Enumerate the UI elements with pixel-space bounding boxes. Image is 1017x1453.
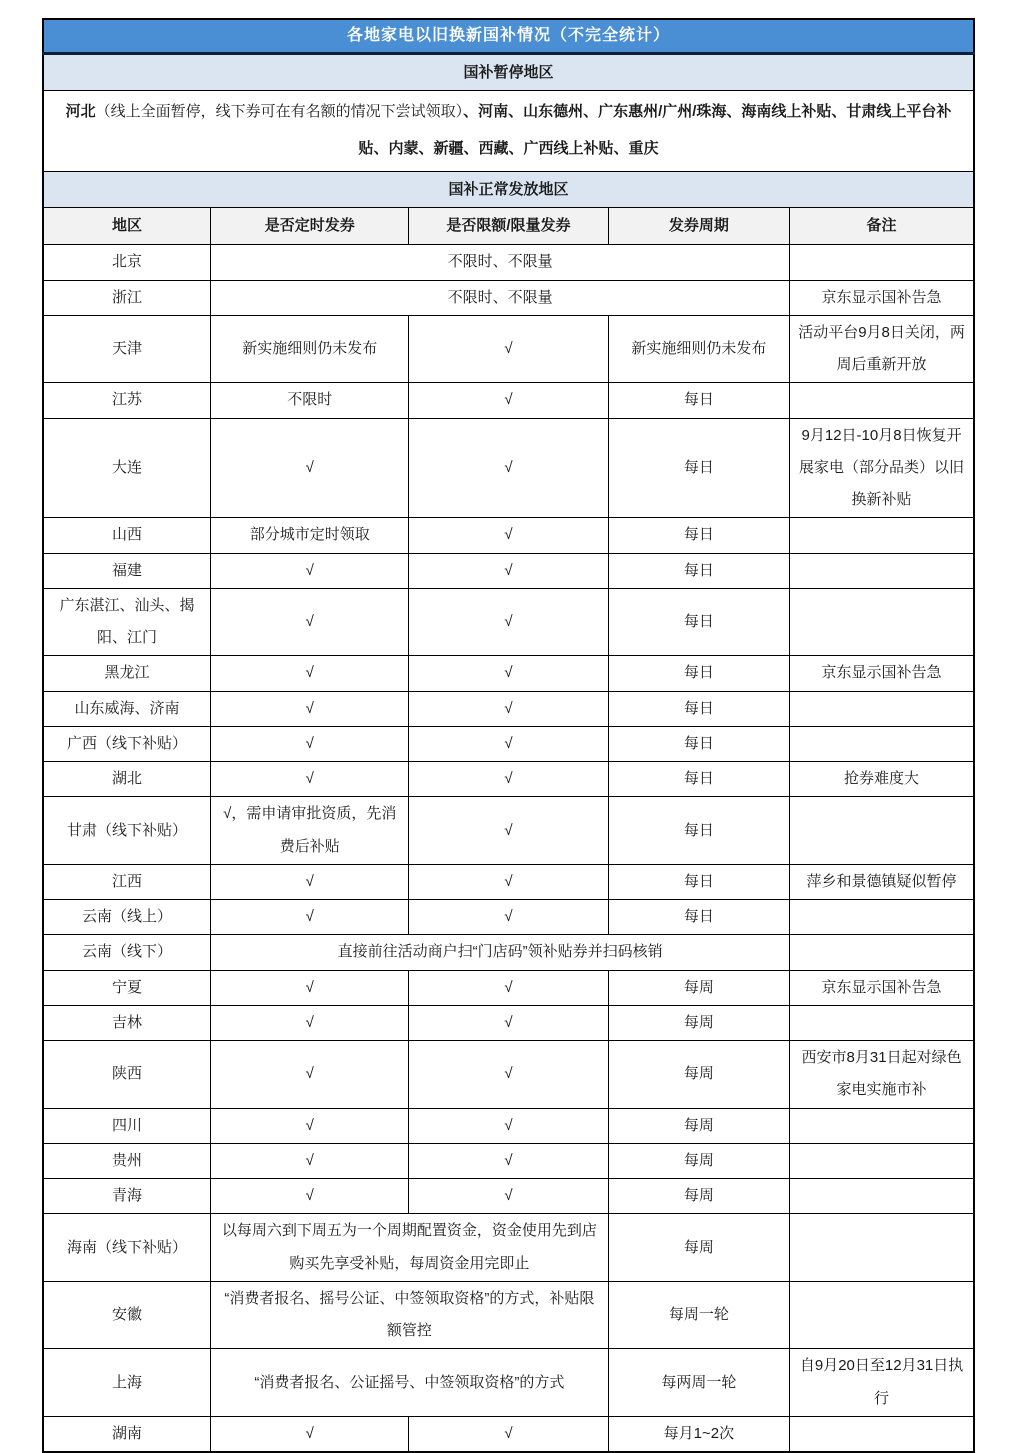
value-cell: √ (211, 900, 409, 935)
table-row: 北京不限时、不限量 (43, 245, 974, 280)
note-cell: 西安市8月31日起对绿色家电实施市补 (790, 1041, 974, 1109)
table-row: 江西√√每日萍乡和景德镇疑似暂停 (43, 864, 974, 899)
value-cell: 每日 (608, 518, 790, 553)
table-row: 浙江不限时、不限量京东显示国补告急 (43, 280, 974, 315)
table-row: 黑龙江√√每日京东显示国补告急 (43, 656, 974, 691)
value-cell: √ (409, 726, 608, 761)
value-cell: √ (409, 970, 608, 1005)
value-cell: √ (409, 418, 608, 518)
note-cell (790, 588, 974, 656)
value-cell: 每日 (608, 797, 790, 865)
note-cell: 萍乡和景德镇疑似暂停 (790, 864, 974, 899)
region-cell: 宁夏 (43, 970, 211, 1005)
table-row: 甘肃（线下补贴）√，需申请审批资质，先消费后补贴√每日 (43, 797, 974, 865)
region-cell: 浙江 (43, 280, 211, 315)
table-row: 广西（线下补贴）√√每日 (43, 726, 974, 761)
note-cell (790, 518, 974, 553)
value-cell: 每周 (608, 1143, 790, 1178)
region-cell: 甘肃（线下补贴） (43, 797, 211, 865)
note-cell (790, 1416, 974, 1452)
region-cell: 云南（线上） (43, 900, 211, 935)
region-cell: 广西（线下补贴） (43, 726, 211, 761)
value-cell: 部分城市定时领取 (211, 518, 409, 553)
suspended-lead: 河北 (66, 103, 96, 120)
value-cell: 每周 (608, 1179, 790, 1214)
column-header-cycle: 发券周期 (608, 207, 790, 245)
table-row: 广东湛江、汕头、揭阳、江门√√每日 (43, 588, 974, 656)
note-cell: 京东显示国补告急 (790, 280, 974, 315)
note-cell: 京东显示国补告急 (790, 970, 974, 1005)
region-cell: 广东湛江、汕头、揭阳、江门 (43, 588, 211, 656)
region-cell: 四川 (43, 1108, 211, 1143)
value-cell: √ (409, 900, 608, 935)
table-row: 大连√√每日9月12日-10月8日恢复开展家电（部分品类）以旧换新补贴 (43, 418, 974, 518)
value-cell: √ (211, 656, 409, 691)
value-cell: 新实施细则仍未发布 (608, 315, 790, 383)
region-cell: 海南（线下补贴） (43, 1214, 211, 1282)
value-cell: 每周 (608, 1005, 790, 1040)
value-cell: √ (211, 762, 409, 797)
note-cell (790, 1179, 974, 1214)
value-cell: 每日 (608, 726, 790, 761)
value-cell: 每日 (608, 691, 790, 726)
note-cell (790, 1108, 974, 1143)
value-cell: √ (211, 970, 409, 1005)
value-cell: √ (409, 553, 608, 588)
table-row: 云南（线上）√√每日 (43, 900, 974, 935)
value-cell: √ (409, 1041, 608, 1109)
table-row: 山西部分城市定时领取√每日 (43, 518, 974, 553)
note-cell (790, 245, 974, 280)
table-row: 天津新实施细则仍未发布√新实施细则仍未发布活动平台9月8日关闭，两周后重新开放 (43, 315, 974, 383)
note-cell: 自9月20日至12月31日执行 (790, 1349, 974, 1417)
region-cell: 大连 (43, 418, 211, 518)
table-row: 安徽“消费者报名、摇号公证、中签领取资格”的方式，补贴限额管控每周一轮 (43, 1281, 974, 1349)
table-title: 各地家电以旧换新国补情况（不完全统计） (43, 19, 974, 54)
note-cell (790, 1143, 974, 1178)
region-cell: 黑龙江 (43, 656, 211, 691)
value-cell: 不限时、不限量 (211, 280, 790, 315)
table-row: 吉林√√每周 (43, 1005, 974, 1040)
table-row: 宁夏√√每周京东显示国补告急 (43, 970, 974, 1005)
value-cell: √ (409, 588, 608, 656)
value-cell: 每两周一轮 (608, 1349, 790, 1417)
value-cell: √ (409, 691, 608, 726)
value-cell: 不限时、不限量 (211, 245, 790, 280)
section-normal-row: 国补正常发放地区 (43, 171, 974, 207)
value-cell: √ (211, 691, 409, 726)
note-cell (790, 935, 974, 970)
region-cell: 云南（线下） (43, 935, 211, 970)
value-cell: √ (211, 553, 409, 588)
value-cell: 不限时 (211, 383, 409, 418)
note-cell (790, 1005, 974, 1040)
section-normal-header: 国补正常发放地区 (43, 171, 974, 207)
value-cell: √ (409, 864, 608, 899)
column-header-region: 地区 (43, 207, 211, 245)
region-cell: 青海 (43, 1179, 211, 1214)
value-cell: √ (409, 383, 608, 418)
value-cell: 新实施细则仍未发布 (211, 315, 409, 383)
value-cell: 每周 (608, 1108, 790, 1143)
region-cell: 湖北 (43, 762, 211, 797)
value-cell: 直接前往活动商户扫“门店码”领补贴券并扫码核销 (211, 935, 790, 970)
note-cell: 抢券难度大 (790, 762, 974, 797)
table-row: 四川√√每周 (43, 1108, 974, 1143)
note-cell (790, 553, 974, 588)
value-cell: 每日 (608, 656, 790, 691)
region-cell: 湖南 (43, 1416, 211, 1452)
note-cell (790, 1281, 974, 1349)
table-body: 北京不限时、不限量浙江不限时、不限量京东显示国补告急天津新实施细则仍未发布√新实… (43, 245, 974, 1452)
value-cell: “消费者报名、摇号公证、中签领取资格”的方式，补贴限额管控 (211, 1281, 609, 1349)
table-row: 贵州√√每周 (43, 1143, 974, 1178)
table-row: 海南（线下补贴）以每周六到下周五为一个周期配置资金，资金使用先到店购买先享受补贴… (43, 1214, 974, 1282)
value-cell: “消费者报名、公证摇号、中签领取资格”的方式 (211, 1349, 609, 1417)
value-cell: 每周 (608, 1041, 790, 1109)
table-row: 湖南√√每月1~2次 (43, 1416, 974, 1452)
value-cell: √ (409, 1179, 608, 1214)
value-cell: 每日 (608, 900, 790, 935)
value-cell: 每日 (608, 418, 790, 518)
value-cell: √ (409, 1416, 608, 1452)
value-cell: 每周一轮 (608, 1281, 790, 1349)
region-cell: 安徽 (43, 1281, 211, 1349)
value-cell: √ (409, 1005, 608, 1040)
region-cell: 吉林 (43, 1005, 211, 1040)
region-cell: 北京 (43, 245, 211, 280)
region-cell: 福建 (43, 553, 211, 588)
column-header-timed: 是否定时发券 (211, 207, 409, 245)
note-cell: 活动平台9月8日关闭，两周后重新开放 (790, 315, 974, 383)
value-cell: √ (409, 797, 608, 865)
subsidy-table: 各地家电以旧换新国补情况（不完全统计） 国补暂停地区 河北（线上全面暂停，线下券… (42, 18, 975, 1453)
value-cell: 以每周六到下周五为一个周期配置资金，资金使用先到店购买先享受补贴，每周资金用完即… (211, 1214, 609, 1282)
value-cell: √ (409, 1143, 608, 1178)
value-cell: 每月1~2次 (608, 1416, 790, 1452)
region-cell: 江西 (43, 864, 211, 899)
value-cell: √ (409, 762, 608, 797)
value-cell: √ (211, 588, 409, 656)
region-cell: 山东威海、济南 (43, 691, 211, 726)
table-title-row: 各地家电以旧换新国补情况（不完全统计） (43, 19, 974, 54)
note-cell (790, 691, 974, 726)
value-cell: 每周 (608, 1214, 790, 1282)
region-cell: 天津 (43, 315, 211, 383)
region-cell: 上海 (43, 1349, 211, 1417)
value-cell: √ (211, 1179, 409, 1214)
value-cell: 每日 (608, 762, 790, 797)
suspended-detail: （线上全面暂停，线下券可在有名额的情况下尝试领取） (96, 103, 464, 120)
column-header-note: 备注 (790, 207, 974, 245)
page: 各地家电以旧换新国补情况（不完全统计） 国补暂停地区 河北（线上全面暂停，线下券… (0, 0, 1017, 1453)
value-cell: √ (211, 418, 409, 518)
note-cell: 京东显示国补告急 (790, 656, 974, 691)
region-cell: 陕西 (43, 1041, 211, 1109)
value-cell: √ (211, 1041, 409, 1109)
note-cell: 9月12日-10月8日恢复开展家电（部分品类）以旧换新补贴 (790, 418, 974, 518)
column-header-limited: 是否限额/限量发券 (409, 207, 608, 245)
note-cell (790, 900, 974, 935)
column-header-row: 地区 是否定时发券 是否限额/限量发券 发券周期 备注 (43, 207, 974, 245)
region-cell: 江苏 (43, 383, 211, 418)
table-row: 陕西√√每周西安市8月31日起对绿色家电实施市补 (43, 1041, 974, 1109)
region-cell: 山西 (43, 518, 211, 553)
value-cell: 每日 (608, 864, 790, 899)
table-row: 上海“消费者报名、公证摇号、中签领取资格”的方式每两周一轮自9月20日至12月3… (43, 1349, 974, 1417)
value-cell: 每周 (608, 970, 790, 1005)
table-row: 江苏不限时√每日 (43, 383, 974, 418)
table-row: 云南（线下）直接前往活动商户扫“门店码”领补贴券并扫码核销 (43, 935, 974, 970)
section-suspended-row: 国补暂停地区 (43, 54, 974, 91)
value-cell: √ (409, 1108, 608, 1143)
table-row: 青海√√每周 (43, 1179, 974, 1214)
value-cell: 每日 (608, 588, 790, 656)
value-cell: √ (409, 315, 608, 383)
suspended-regions-row: 河北（线上全面暂停，线下券可在有名额的情况下尝试领取）、河南、山东德州、广东惠州… (43, 91, 974, 172)
value-cell: √，需申请审批资质，先消费后补贴 (211, 797, 409, 865)
region-cell: 贵州 (43, 1143, 211, 1178)
value-cell: √ (211, 864, 409, 899)
table-row: 福建√√每日 (43, 553, 974, 588)
value-cell: √ (409, 518, 608, 553)
value-cell: √ (211, 1143, 409, 1178)
section-suspended-header: 国补暂停地区 (43, 54, 974, 91)
value-cell: √ (211, 1005, 409, 1040)
note-cell (790, 383, 974, 418)
suspended-regions-text: 河北（线上全面暂停，线下券可在有名额的情况下尝试领取）、河南、山东德州、广东惠州… (43, 91, 974, 172)
value-cell: 每日 (608, 553, 790, 588)
note-cell (790, 1214, 974, 1282)
note-cell (790, 726, 974, 761)
value-cell: √ (211, 1108, 409, 1143)
value-cell: √ (409, 656, 608, 691)
value-cell: 每日 (608, 383, 790, 418)
table-row: 湖北√√每日抢券难度大 (43, 762, 974, 797)
note-cell (790, 797, 974, 865)
table-row: 山东威海、济南√√每日 (43, 691, 974, 726)
value-cell: √ (211, 1416, 409, 1452)
value-cell: √ (211, 726, 409, 761)
